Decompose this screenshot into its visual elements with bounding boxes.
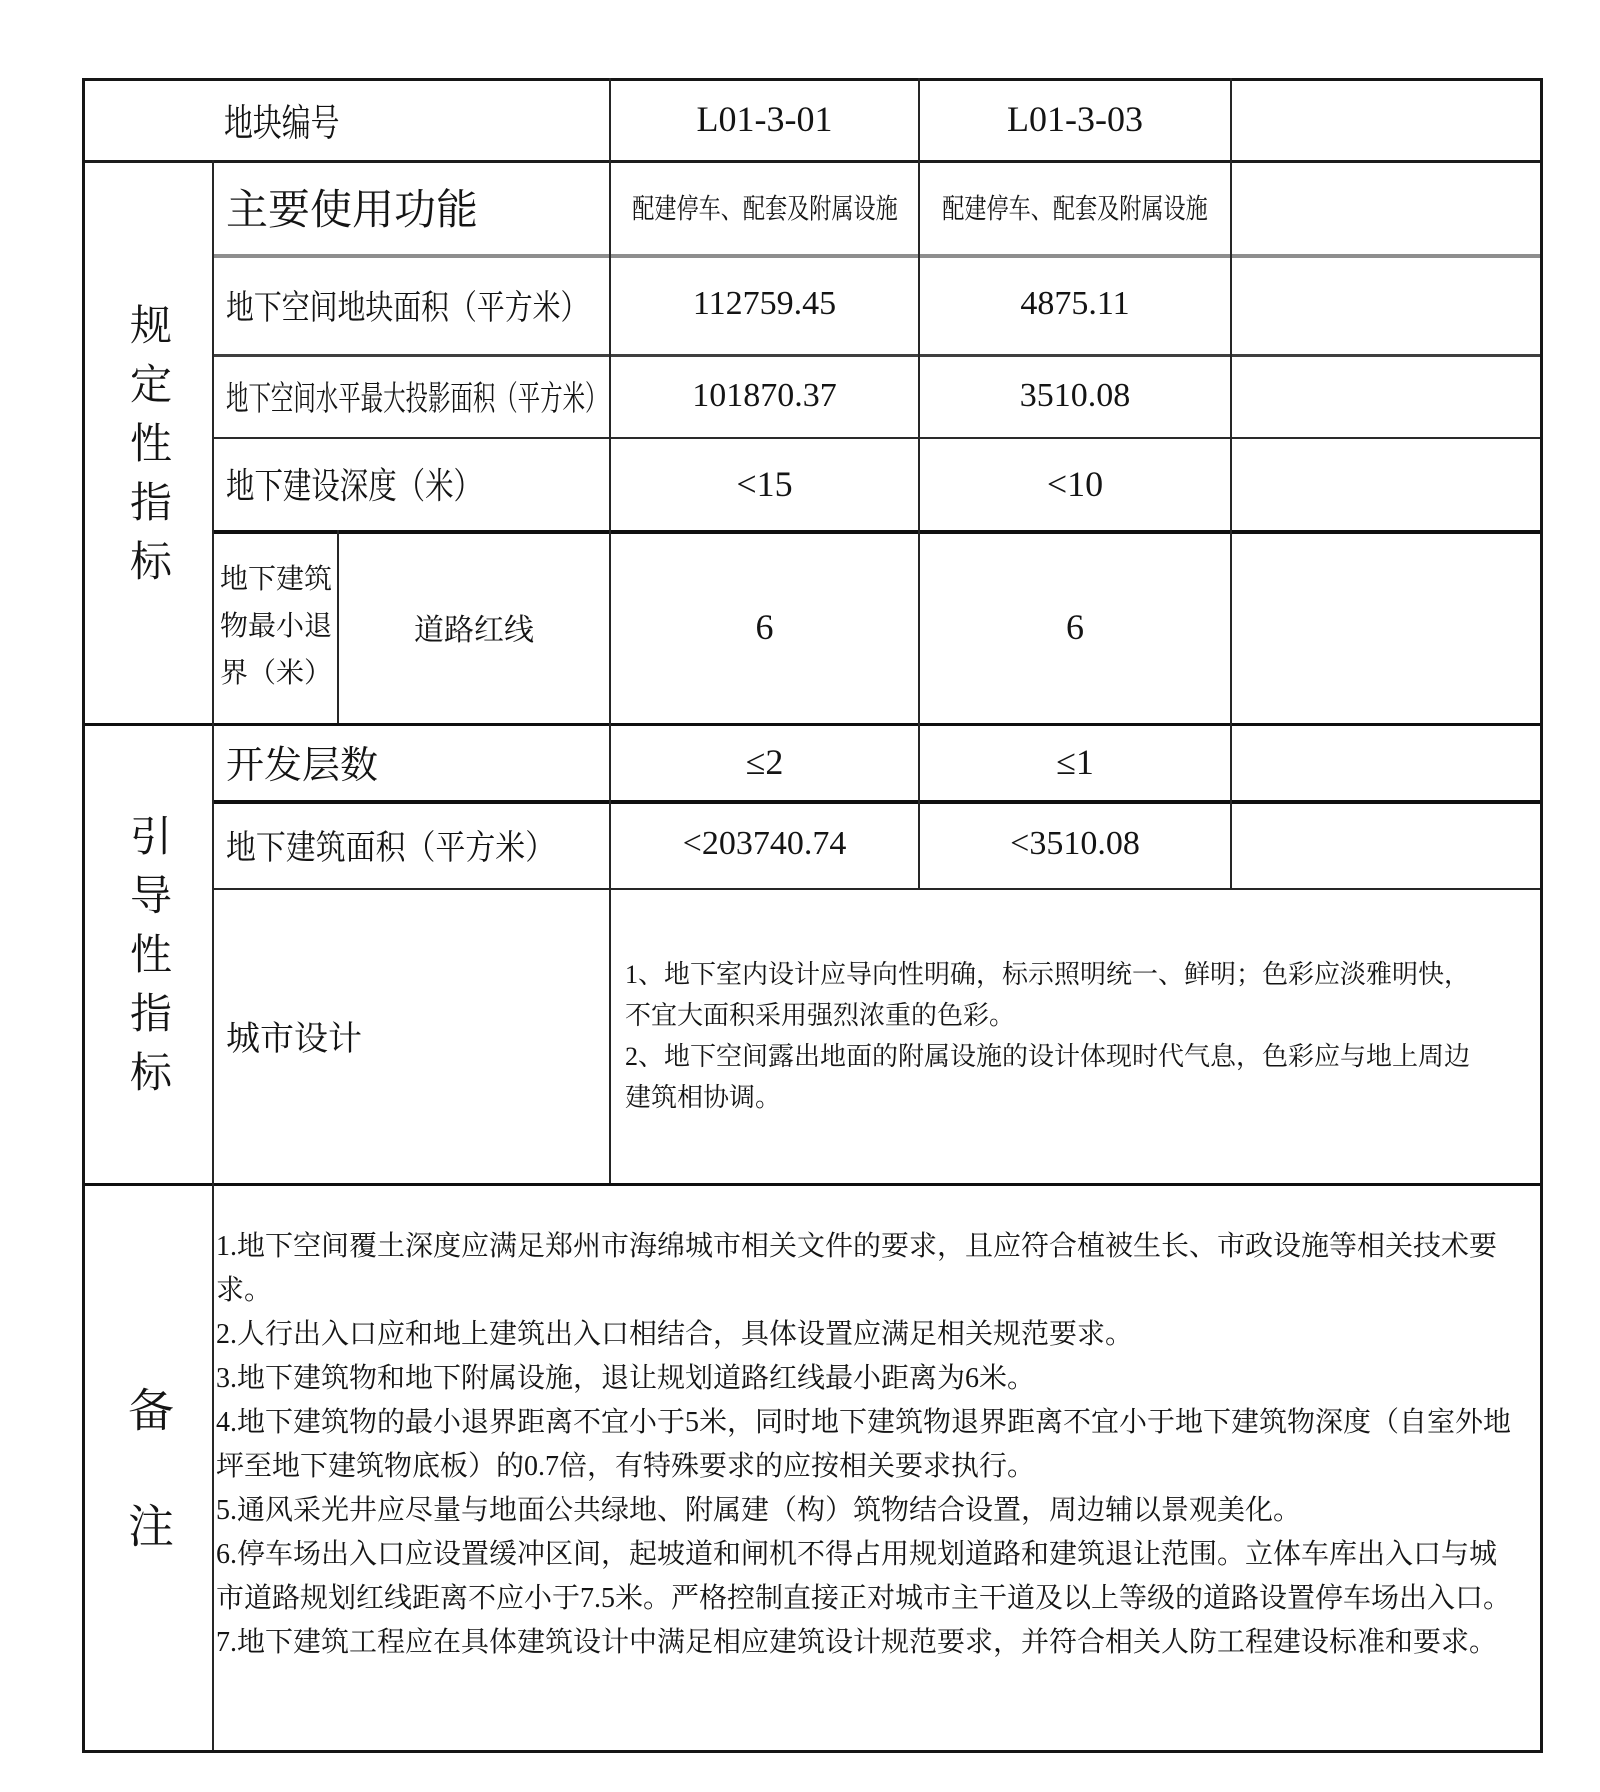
section-remarks: 备注 (82, 1183, 212, 1750)
setback-value-plot1: 6 (611, 530, 918, 723)
row-label-building-area: 地下建筑面积（平方米） (212, 800, 623, 888)
section-regulatory-label: 规定性指标 (117, 303, 177, 598)
row-label-setback: 地下建筑物最小退界（米） (212, 530, 345, 723)
row-label-depth: 地下建设深度（米） (212, 437, 623, 530)
row-label-projection-area: 地下空间水平最大投影面积（平方米） (212, 354, 623, 437)
building-area-value-plot2: <3510.08 (920, 800, 1230, 888)
main-use-value-plot1: 配建停车、配套及附属设施 (611, 160, 918, 254)
projection-area-value-plot2: 3510.08 (920, 354, 1230, 437)
setback-sublabel-road-red-line: 道路红线 (339, 530, 609, 723)
urban-design-label-text: 城市设计 (226, 1011, 362, 1060)
row-label-main-use: 主要使用功能 (212, 160, 623, 254)
urban-design-paragraph-1: 1、地下室内设计应导向性明确，标示照明统一、鲜明；色彩应淡雅明快，不宜大面积采用… (625, 954, 1485, 1036)
remark-note-7: 7.地下建筑工程应在具体建筑设计中满足相应建筑设计规范要求，并符合相关人防工程建… (216, 1621, 1516, 1665)
divider-line (1230, 78, 1232, 888)
main-use-label-text: 主要使用功能 (226, 177, 478, 237)
building-area-label-text: 地下建筑面积（平方米） (226, 820, 555, 869)
road-red-line-text: 道路红线 (414, 605, 534, 649)
remark-note-5: 5.通风采光井应尽量与地面公共绿地、附属建（构）筑物结合设置，周边辅以景观美化。 (216, 1489, 1516, 1533)
floors-value-plot2: ≤1 (920, 723, 1230, 800)
row-label-floors: 开发层数 (212, 723, 623, 800)
floors-label-text: 开发层数 (226, 734, 378, 789)
remark-note-6: 6.停车场出入口应设置缓冲区间，起坡道和闸机不得占用规划道路和建筑退让范围。立体… (216, 1533, 1516, 1621)
divider-line (1540, 78, 1543, 1753)
section-guiding-indicators: 引导性指标 (82, 723, 212, 1183)
depth-value-plot1: <15 (611, 437, 918, 530)
remark-note-4: 4.地下建筑物的最小退界距离不宜小于5米，同时地下建筑物退界距离不宜小于地下建筑… (216, 1401, 1516, 1489)
planning-indicator-table-page: 地块编号 L01-3-01 L01-3-03 规定性指标 引导性指标 备注 主要… (0, 0, 1600, 1792)
urban-design-paragraph-2: 2、地下空间露出地面的附属设施的设计体现时代气息，色彩应与地上周边建筑相协调。 (625, 1036, 1485, 1118)
plot-area-value-plot2: 4875.11 (920, 254, 1230, 354)
row-label-plot-area: 地下空间地块面积（平方米） (212, 254, 623, 354)
plot-id-3-empty (1232, 78, 1540, 160)
building-area-value-plot1: <203740.74 (611, 800, 918, 888)
urban-design-text-cell: 1、地下室内设计应导向性明确，标示照明统一、鲜明；色彩应淡雅明快，不宜大面积采用… (625, 888, 1485, 1183)
projection-area-value-plot1: 101870.37 (611, 354, 918, 437)
remark-note-1: 1.地下空间覆土深度应满足郑州市海绵城市相关文件的要求，且应符合植被生长、市政设… (216, 1225, 1516, 1313)
plot-id-1: L01-3-01 (611, 78, 918, 160)
plot-id-2: L01-3-03 (920, 78, 1230, 160)
remarks-notes-cell: 1.地下空间覆土深度应满足郑州市海绵城市相关文件的要求，且应符合植被生长、市政设… (216, 1183, 1516, 1792)
row-label-urban-design: 城市设计 (212, 888, 623, 1183)
projection-area-label-text: 地下空间水平最大投影面积（平方米） (226, 371, 607, 420)
main-use-v2-text: 配建停车、配套及附属设施 (942, 187, 1207, 227)
plot-number-label: 地块编号 (224, 92, 340, 147)
plot-area-value-plot1: 112759.45 (611, 254, 918, 354)
main-use-v1-text: 配建停车、配套及附属设施 (632, 187, 897, 227)
section-regulatory-indicators: 规定性指标 (82, 160, 212, 723)
setback-value-plot2: 6 (920, 530, 1230, 723)
remark-note-2: 2.人行出入口应和地上建筑出入口相结合，具体设置应满足相关规范要求。 (216, 1313, 1516, 1357)
plot-area-label-text: 地下空间地块面积（平方米） (226, 280, 588, 329)
main-use-value-plot2: 配建停车、配套及附属设施 (920, 160, 1230, 254)
depth-label-text: 地下建设深度（米） (226, 458, 482, 509)
section-remarks-label: 备注 (114, 1386, 180, 1618)
remark-note-3: 3.地下建筑物和地下附属设施，退让规划道路红线最小距离为6米。 (216, 1357, 1516, 1401)
depth-value-plot2: <10 (920, 437, 1230, 530)
section-guiding-label: 引导性指标 (117, 814, 177, 1109)
floors-value-plot1: ≤2 (611, 723, 918, 800)
setback-label-text: 地下建筑物最小退界（米） (220, 556, 332, 697)
